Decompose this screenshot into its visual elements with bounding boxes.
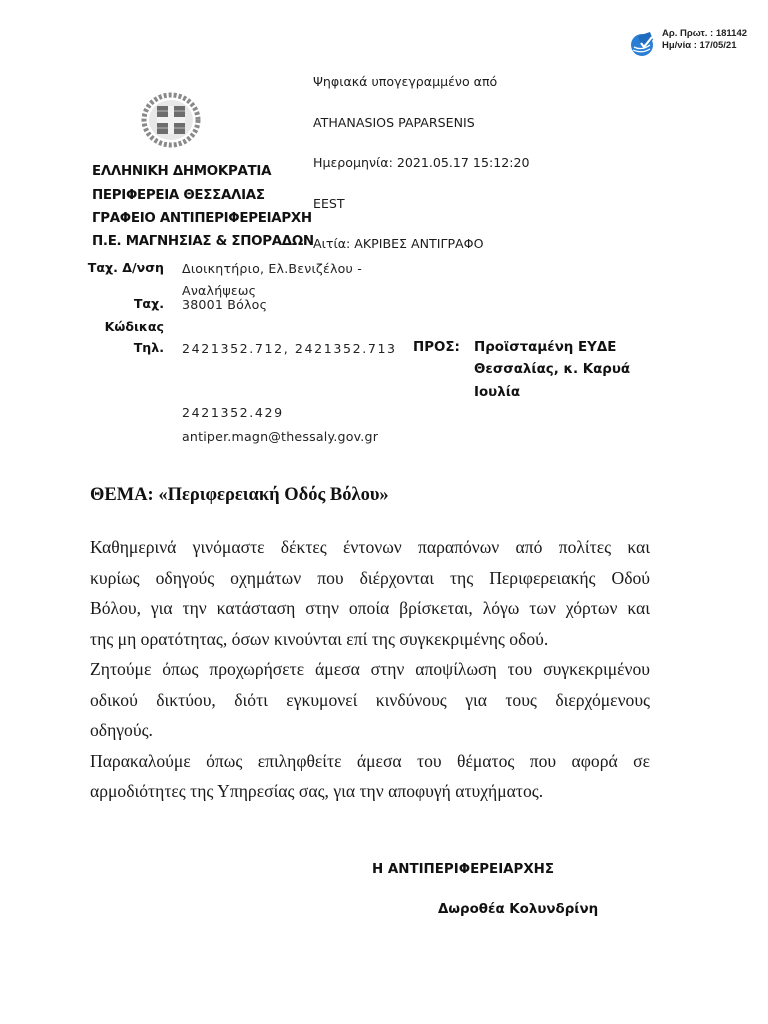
recipient-line-2: Θεσσαλίας, κ. Καρυά	[474, 362, 630, 377]
body-line: της μη ορατότητας, όσων κινούνται επί τη…	[90, 624, 650, 655]
body-line: Καθημερινά γινόμαστε δέκτες έντονων παρα…	[90, 532, 650, 563]
email-link[interactable]: antiper.magn@thessaly.gov.gr	[182, 429, 378, 444]
protocol-stamp-icon	[628, 28, 658, 58]
signer-name: ATHANASIOS PAPARSENIS	[313, 116, 530, 130]
postal-address-line1: Διοικητήριο, Ελ.Βενιζέλου -	[182, 261, 362, 276]
postal-code-label: Ταχ.	[54, 296, 164, 311]
header-office: ΓΡΑΦΕΙΟ ΑΝΤΙΠΕΡΙΦΕΡΕΙΑΡΧΗ	[92, 211, 312, 226]
signatory-title: Η ΑΝΤΙΠΕΡΙΦΕΡΕΙΑΡΧΗΣ	[372, 862, 554, 877]
recipient-line-3: Ιουλία	[474, 385, 520, 400]
body-line: αρμοδιότητες της Υπηρεσίας σας, για την …	[90, 776, 650, 807]
letter-body: Καθημερινά γινόμαστε δέκτες έντονων παρα…	[90, 532, 650, 807]
body-paragraph-3: Παρακαλούμε όπως επιληφθείτε άμεσα του θ…	[90, 746, 650, 807]
signatory-name: Δωροθέα Κολυνδρίνη	[438, 902, 598, 917]
protocol-stamp: Αρ. Πρωτ. : 181142 Ημ/νία : 17/05/21	[662, 28, 747, 52]
protocol-number: Αρ. Πρωτ. : 181142	[662, 28, 747, 40]
postal-code-value: 38001 Βόλος	[182, 297, 267, 312]
body-line: Παρακαλούμε όπως επιληφθείτε άμεσα του θ…	[90, 746, 650, 777]
recipient-label: ΠΡΟΣ:	[413, 340, 460, 355]
postal-address-line2: Αναλήψεως	[182, 283, 256, 298]
digital-signature-block: Ψηφιακά υπογεγραμμένο από ATHANASIOS PAP…	[313, 48, 530, 264]
greek-coat-of-arms-icon	[140, 92, 202, 148]
subject-heading: ΘΕΜΑ: «Περιφερειακή Οδός Βόλου»	[90, 485, 389, 506]
body-line: οδικού δικτύου, διότι εγκυμονεί κινδύνου…	[90, 685, 650, 716]
body-paragraph-1: Καθημερινά γινόμαστε δέκτες έντονων παρα…	[90, 532, 650, 654]
phone-value: 2421352.712, 2421352.713	[182, 341, 397, 356]
postal-code-label-2: Κώδικας	[54, 319, 164, 334]
header-country: ΕΛΛΗΝΙΚΗ ΔΗΜΟΚΡΑΤΙΑ	[92, 164, 271, 179]
protocol-date: Ημ/νία : 17/05/21	[662, 40, 747, 52]
phone-value-2: 2421352.429	[182, 405, 284, 420]
signature-timezone: EEST	[313, 197, 530, 211]
signature-caption: Ψηφιακά υπογεγραμμένο από	[313, 75, 530, 89]
signature-reason: Αιτία: ΑΚΡΙΒΕΣ ΑΝΤΙΓΡΑΦΟ	[313, 237, 530, 251]
body-line: Ζητούμε όπως προχωρήσετε άμεσα στην αποψ…	[90, 654, 650, 685]
body-line: Βόλου, για την κατάσταση στην οποία βρίσ…	[90, 593, 650, 624]
header-unit: Π.Ε. ΜΑΓΝΗΣΙΑΣ & ΣΠΟΡΑΔΩΝ	[92, 234, 314, 249]
phone-label: Τηλ.	[54, 340, 164, 355]
postal-address-label: Ταχ. Δ/νση	[54, 260, 164, 275]
body-line: κυρίως οδηγούς οχημάτων που διέρχονται τ…	[90, 563, 650, 594]
body-paragraph-2: Ζητούμε όπως προχωρήσετε άμεσα στην αποψ…	[90, 654, 650, 746]
signature-date: Ημερομηνία: 2021.05.17 15:12:20	[313, 156, 530, 170]
recipient-line-1: Προϊσταμένη ΕΥΔΕ	[474, 340, 616, 355]
body-line: οδηγούς.	[90, 715, 650, 746]
header-region: ΠΕΡΙΦΕΡΕΙΑ ΘΕΣΣΑΛΙΑΣ	[92, 188, 265, 203]
